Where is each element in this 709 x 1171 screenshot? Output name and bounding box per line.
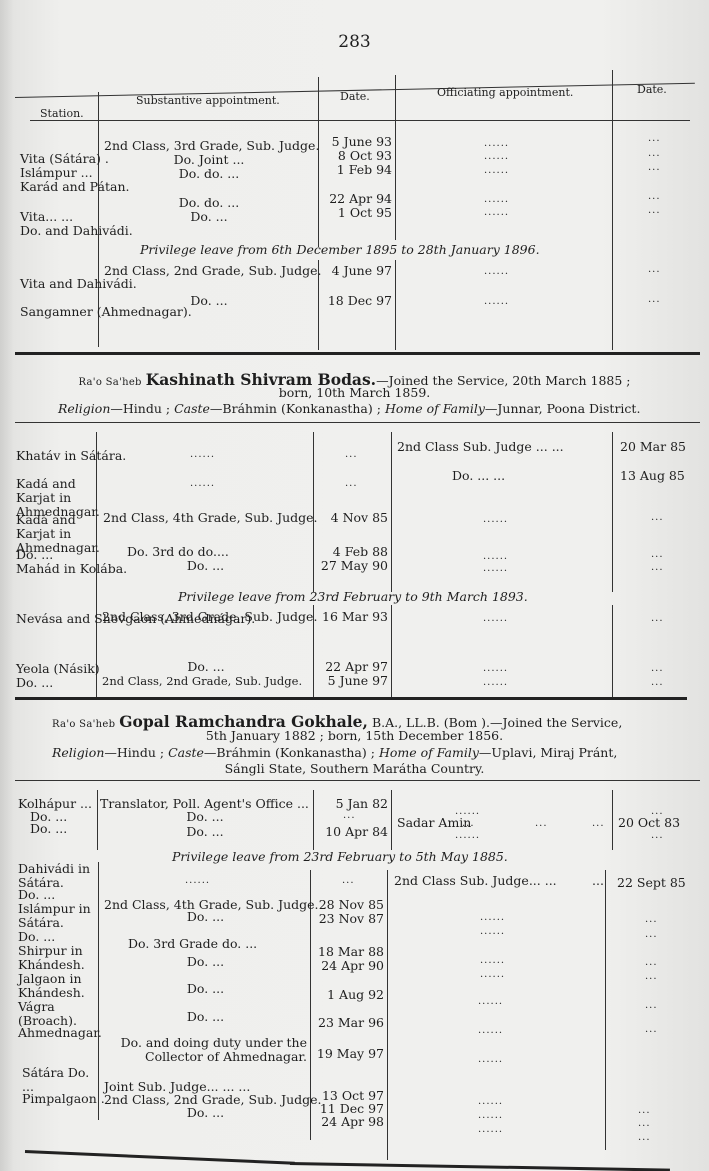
station: Dahivádi in Sátára. bbox=[18, 862, 96, 890]
substantive: Do. ... bbox=[104, 294, 314, 308]
officiating: ...... bbox=[483, 563, 508, 574]
col-header-station: Station. bbox=[40, 107, 84, 120]
date2: ... bbox=[651, 677, 664, 688]
religion-label: Religion bbox=[52, 745, 104, 760]
leave-note: Privilege leave from 6th December 1895 t… bbox=[140, 243, 540, 257]
date: 23 Mar 96 bbox=[312, 1016, 384, 1030]
date2: ... bbox=[651, 549, 664, 560]
religion-label: Religion bbox=[58, 401, 110, 416]
officiating: ...... bbox=[483, 551, 508, 562]
date2: 20 Mar 85 bbox=[620, 440, 686, 454]
substantive: 2nd Class, 2nd Grade, Sub. Judge. bbox=[102, 674, 302, 688]
home-label: Home of Family bbox=[379, 745, 479, 760]
born-date: born, 10th March 1859. bbox=[0, 386, 709, 400]
date: 28 Nov 85 bbox=[312, 898, 384, 912]
date2: 20 Oct 83 bbox=[618, 816, 680, 830]
caste: —Bráhmin (Konkanastha) ; bbox=[210, 401, 381, 416]
officiating: ...... bbox=[480, 912, 505, 923]
date2: ... bbox=[648, 133, 661, 144]
officiating: ...... bbox=[484, 266, 509, 277]
officiating: ...... bbox=[478, 1110, 503, 1121]
date2: ... bbox=[638, 1132, 651, 1143]
substantive: Do. ... bbox=[104, 982, 307, 996]
date: 19 May 97 bbox=[312, 1047, 384, 1061]
officiating: ... bbox=[592, 818, 605, 829]
substantive: ...... bbox=[185, 875, 210, 886]
station: Do. ... bbox=[16, 676, 53, 690]
leave-note: Privilege leave from 23rd February to 9t… bbox=[178, 590, 528, 604]
divider bbox=[612, 432, 613, 592]
officiating: ...... bbox=[484, 151, 509, 162]
officiating: 2nd Class Sub. Judge... ... bbox=[394, 874, 557, 888]
officiating: ...... bbox=[478, 1025, 503, 1036]
home-label: Home of Family bbox=[385, 401, 485, 416]
date: ... bbox=[345, 449, 358, 460]
station: Do. and Dahivádi. bbox=[20, 224, 133, 238]
station: Vita... ... bbox=[20, 210, 73, 224]
officiating: ...... bbox=[478, 996, 503, 1007]
date2: ... bbox=[648, 191, 661, 202]
date: 1 Feb 94 bbox=[322, 163, 392, 177]
divider bbox=[612, 70, 613, 350]
date: ... bbox=[342, 875, 355, 886]
home: —Junnar, Poona District. bbox=[485, 401, 641, 416]
station: Do. ... bbox=[18, 888, 55, 902]
date2: 22 Sept 85 bbox=[617, 876, 686, 890]
officiating: ...... bbox=[484, 207, 509, 218]
officiating: 2nd Class Sub. Judge ... ... bbox=[397, 440, 564, 454]
date: 4 Nov 85 bbox=[316, 511, 388, 525]
station: Sátára Do. ... bbox=[22, 1066, 97, 1094]
station: Islámpur ... bbox=[20, 166, 93, 180]
officiating: ... bbox=[535, 818, 548, 829]
divider bbox=[318, 77, 319, 247]
date: 8 Oct 93 bbox=[322, 149, 392, 163]
substantive: Do. do. ... bbox=[104, 167, 314, 181]
substantive: Do. and doing duty under the Collector o… bbox=[112, 1036, 307, 1064]
date2: ... bbox=[645, 1024, 658, 1035]
station: Khatáv in Sátára. bbox=[16, 449, 126, 463]
date: 22 Apr 94 bbox=[322, 192, 392, 206]
divider bbox=[313, 790, 314, 850]
divider bbox=[612, 605, 613, 697]
officiating: ...... bbox=[478, 1096, 503, 1107]
date: 22 Apr 97 bbox=[316, 660, 388, 674]
substantive: Do. ... bbox=[104, 210, 314, 224]
substantive: Do. ... bbox=[104, 1010, 307, 1024]
officiating: ...... bbox=[484, 138, 509, 149]
substantive: Do. ... bbox=[104, 955, 307, 969]
date2: ... bbox=[648, 162, 661, 173]
date2: ... bbox=[648, 148, 661, 159]
date2: ... bbox=[638, 1105, 651, 1116]
person-details: Religion—Hindu ; Caste—Bráhmin (Konkanas… bbox=[58, 402, 640, 416]
officiating-dots: ... bbox=[592, 874, 604, 888]
divider bbox=[97, 790, 98, 850]
date2: ... bbox=[651, 830, 664, 841]
date2: ... bbox=[648, 294, 661, 305]
date: ... bbox=[345, 478, 358, 489]
divider bbox=[612, 790, 613, 850]
divider bbox=[605, 870, 606, 1150]
station: Vágra (Broach). bbox=[18, 1000, 96, 1028]
officiating: ... bbox=[462, 818, 475, 829]
col-header-date1: Date. bbox=[340, 90, 370, 103]
caste-label: Caste bbox=[168, 745, 204, 760]
date: 5 June 97 bbox=[316, 674, 388, 688]
document-page: 283 Station. Substantive appointment. Da… bbox=[0, 0, 709, 1171]
date2: ... bbox=[645, 957, 658, 968]
date: 27 May 90 bbox=[316, 559, 388, 573]
caste-label: Caste bbox=[174, 401, 210, 416]
substantive: Do. ... bbox=[104, 1106, 307, 1120]
station: Do. ... bbox=[18, 930, 55, 944]
substantive: Do. ... bbox=[102, 660, 310, 674]
officiating: ...... bbox=[484, 296, 509, 307]
date2: ... bbox=[651, 613, 664, 624]
date2: ... bbox=[638, 1118, 651, 1129]
officiating: ...... bbox=[483, 663, 508, 674]
officiating: ...... bbox=[484, 194, 509, 205]
home-continued: Sángli State, Southern Marátha Country. bbox=[0, 762, 709, 776]
date2: 13 Aug 85 bbox=[620, 469, 685, 483]
date2: ... bbox=[645, 971, 658, 982]
officiating: ...... bbox=[480, 955, 505, 966]
date: 5 June 93 bbox=[322, 135, 392, 149]
officiating: Do. ... ... bbox=[452, 469, 505, 483]
officiating: ...... bbox=[455, 830, 480, 841]
officiating: ...... bbox=[483, 514, 508, 525]
divider bbox=[98, 862, 99, 1120]
date: 1 Aug 92 bbox=[312, 988, 384, 1002]
col-header-officiating: Officiating appointment. bbox=[437, 86, 573, 99]
station: Karád and Pátan. bbox=[20, 180, 96, 194]
station: Yeola (Násik) bbox=[16, 662, 100, 676]
substantive: Do. 3rd do do.... bbox=[127, 545, 229, 559]
station: Pimpalgaon . bbox=[22, 1092, 105, 1106]
page-number: 283 bbox=[0, 32, 709, 52]
substantive: Do. ... bbox=[100, 810, 310, 824]
date: 24 Apr 90 bbox=[312, 959, 384, 973]
divider bbox=[391, 790, 392, 850]
station: Vita and Dahivádi. bbox=[20, 277, 137, 291]
joined-service: —Joined the Service, bbox=[490, 715, 622, 730]
religion: —Hindu ; bbox=[104, 745, 164, 760]
born-date: 5th January 1882 ; born, 15th December 1… bbox=[0, 729, 709, 743]
bottom-rule bbox=[290, 1162, 670, 1171]
date: 24 Apr 98 bbox=[312, 1115, 384, 1129]
date2: ... bbox=[645, 1000, 658, 1011]
substantive: Do. ... bbox=[100, 825, 310, 839]
section-rule bbox=[15, 352, 700, 355]
station: Vita (Sátára) . bbox=[20, 152, 109, 166]
date2: ... bbox=[651, 562, 664, 573]
substantive: Do. ... bbox=[103, 559, 308, 573]
date2: ... bbox=[648, 264, 661, 275]
date: 5 Jan 82 bbox=[316, 797, 388, 811]
substantive: Do. Joint ... bbox=[104, 153, 314, 167]
substantive: 2nd Class, 4th Grade, Sub. Judge. bbox=[103, 511, 318, 525]
officiating: ...... bbox=[478, 1124, 503, 1135]
date2: ... bbox=[648, 205, 661, 216]
officiating: ...... bbox=[480, 926, 505, 937]
station: Do. ... bbox=[16, 548, 53, 562]
date2: ... bbox=[645, 929, 658, 940]
date: 16 Mar 93 bbox=[316, 610, 388, 624]
station: Jalgaon in Khándesh. bbox=[18, 972, 96, 1000]
officiating: ...... bbox=[478, 1054, 503, 1065]
station: Islámpur in Sátára. bbox=[18, 902, 96, 930]
religion: —Hindu ; bbox=[110, 401, 170, 416]
substantive: 2nd Class, 2nd Grade, Sub. Judge. bbox=[104, 264, 322, 278]
col-header-date2: Date. bbox=[637, 83, 667, 96]
divider bbox=[395, 260, 396, 350]
officiating: ...... bbox=[483, 613, 508, 624]
section-rule bbox=[15, 697, 687, 700]
date: 18 Dec 97 bbox=[322, 294, 392, 308]
station: Shirpur in Khándesh. bbox=[18, 944, 96, 972]
substantive: ...... bbox=[190, 478, 215, 489]
leave-note: Privilege leave from 23rd February to 5t… bbox=[172, 850, 508, 864]
home: —Uplavi, Miraj Pránt, bbox=[479, 745, 617, 760]
station: Do. ... bbox=[30, 822, 67, 836]
col-header-substantive: Substantive appointment. bbox=[136, 94, 280, 107]
officiating: ...... bbox=[480, 969, 505, 980]
date: 4 Feb 88 bbox=[316, 545, 388, 559]
header-bottom-rule bbox=[30, 120, 690, 121]
substantive: 2nd Class, 3rd Grade, Sub. Judge. bbox=[104, 139, 319, 153]
date: 10 Apr 84 bbox=[316, 825, 388, 839]
date: 1 Oct 95 bbox=[322, 206, 392, 220]
substantive: Do. 3rd Grade do. ... bbox=[128, 937, 257, 951]
substantive: Do. do. ... bbox=[104, 196, 314, 210]
date2: ... bbox=[651, 663, 664, 674]
date: ... bbox=[343, 810, 356, 821]
station: Ahmednagar. bbox=[18, 1026, 102, 1040]
rule bbox=[15, 780, 700, 781]
substantive: Do. ... bbox=[104, 910, 307, 924]
caste: —Bráhmin (Konkanastha) ; bbox=[204, 745, 375, 760]
divider bbox=[395, 75, 396, 240]
date2: ... bbox=[645, 914, 658, 925]
officiating: ...... bbox=[484, 165, 509, 176]
bottom-rule bbox=[25, 1150, 295, 1165]
date2: ... bbox=[651, 512, 664, 523]
date: 4 June 97 bbox=[322, 264, 392, 278]
person-details: Religion—Hindu ; Caste—Bráhmin (Konkanas… bbox=[52, 746, 617, 760]
divider bbox=[391, 432, 392, 592]
date: 23 Nov 87 bbox=[312, 912, 384, 926]
rule bbox=[15, 422, 700, 423]
divider bbox=[391, 605, 392, 697]
officiating: ...... bbox=[483, 677, 508, 688]
date: 18 Mar 88 bbox=[312, 945, 384, 959]
officiating: Sadar Amin bbox=[397, 816, 471, 830]
divider bbox=[387, 870, 388, 1160]
substantive: ...... bbox=[190, 449, 215, 460]
substantive: 2nd Class, 3rd Grade, Sub. Judge. bbox=[102, 610, 317, 624]
